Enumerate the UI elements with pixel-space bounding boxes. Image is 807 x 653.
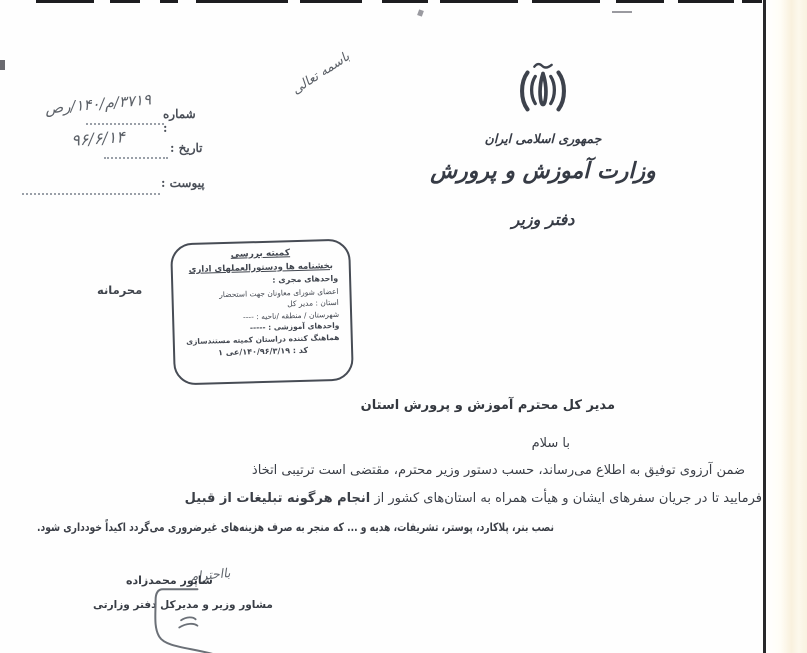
scan-artifact-dash [678,0,734,3]
iran-national-emblem-icon [512,58,574,122]
body-line-2-bold: انجام هرگونه تبلیغات از قبیل [185,491,371,506]
scan-speck [0,60,5,70]
minister-office-title: دفتر وزیر [490,210,596,229]
date-label: تاریخ : [170,141,204,155]
scan-artifact-dash [160,0,178,3]
number-dotted-line [86,122,164,125]
signature-scribble [136,582,248,653]
addressee-line: مدیر کل محترم آموزش و پرورش استان [361,398,615,413]
salutation: با سلام [532,436,570,451]
confidential-marking: محرمانه [97,283,142,297]
date-dotted-line [104,156,168,159]
body-line-1: ضمن آرزوی توفیق به اطلاع می‌رساند، حسب د… [252,463,745,478]
date-value-handwritten: ۹۶/۶/۱۴ [47,126,148,152]
republic-title: جمهوری اسلامی ایران [455,131,631,146]
review-committee-stamp: کمیته بررسی بخشنامه ها ودستورالعملهای اد… [170,239,354,386]
scanner-background-band [766,0,807,653]
body-line-2-regular: فرمایید تا در جریان سفرهای ایشان و هیأت … [370,491,762,506]
scan-artifact-dash [36,0,94,3]
scan-artifact-dash [616,0,664,3]
attachment-label: پیوست : [161,176,205,190]
scanned-letter-page: باسمه تعالی جمهوری اسلامی ایران وزارت آم… [0,0,807,653]
body-line-2: فرمایید تا در جریان سفرهای ایشان و هیأت … [185,491,762,506]
scan-artifact-dash [440,0,518,3]
scan-artifact-dash [382,0,428,3]
bismillah-handwritten-note: باسمه تعالی [279,43,363,105]
scan-artifact-dash [196,0,288,3]
scan-artifact-dash [742,0,762,3]
scan-artifact-dash [532,0,600,3]
number-label: شماره : [163,107,203,135]
body-line-3: نصب بنر، پلاکارد، پوستر، تشریفات، هدیه و… [37,520,554,534]
ministry-title: وزارت آموزش و پرورش [430,158,656,184]
scan-speck [612,11,632,13]
attachment-dotted-line [22,192,160,195]
number-value-handwritten: ۳۷۱۹/م/۱۴۰/رص [22,88,175,119]
scan-speck [417,9,424,16]
scan-artifact-dash [300,0,362,3]
scan-artifact-dash [110,0,140,3]
